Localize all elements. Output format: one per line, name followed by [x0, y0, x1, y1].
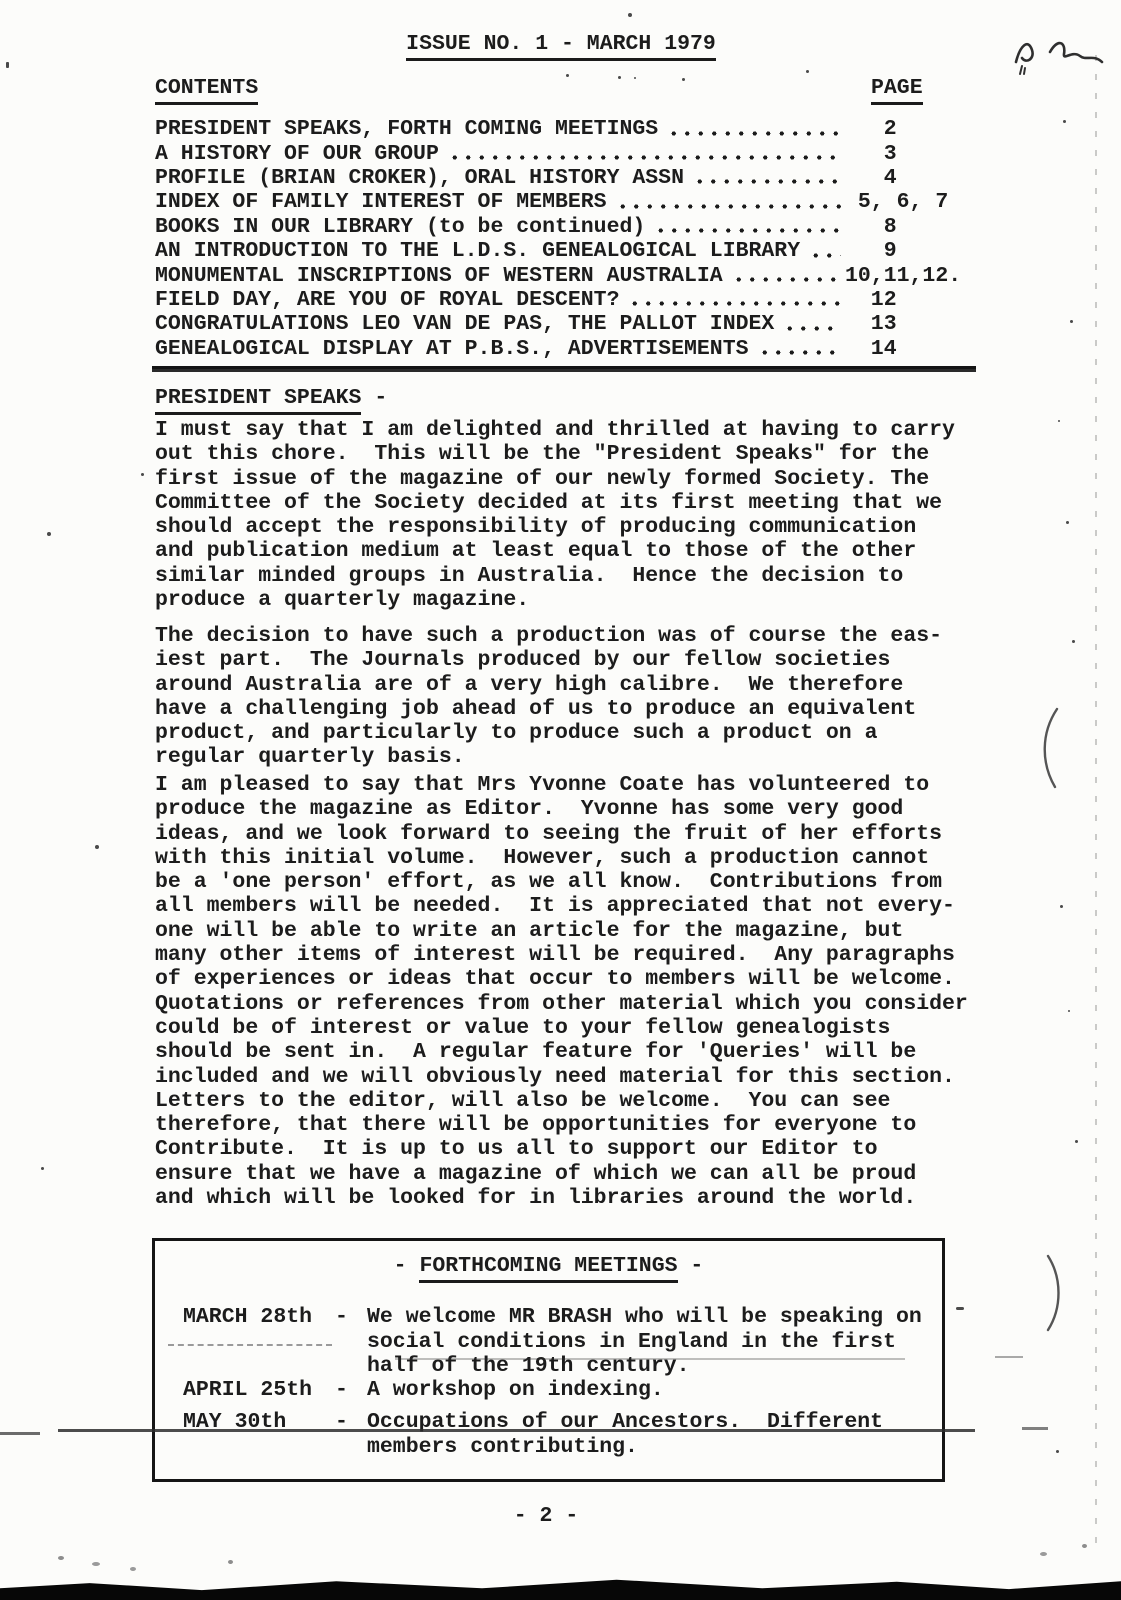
- toc-entry: GENEALOGICAL DISPLAY AT P.B.S., ADVERTIS…: [155, 337, 967, 361]
- scan-strike-dash-right: [1022, 1427, 1048, 1430]
- scan-speck: [682, 78, 685, 81]
- meeting-item: MARCH 28th - We welcome MR BRASH who wil…: [155, 1305, 942, 1378]
- meetings-heading-suffix: -: [678, 1254, 704, 1278]
- meeting-date: MARCH 28th: [183, 1305, 335, 1378]
- scan-speck: [141, 473, 144, 476]
- meeting-description: Occupations of our Ancestors. Different …: [367, 1410, 883, 1459]
- scan-speck: [1063, 120, 1066, 123]
- toc-header-row: CONTENTS PAGE: [155, 76, 967, 105]
- ink-squiggle: [1002, 20, 1117, 78]
- meeting-description: We welcome MR BRASH who will be speaking…: [367, 1305, 922, 1378]
- scan-speck: [6, 62, 9, 68]
- toc-leader-dots: [783, 325, 841, 332]
- toc-entry-title: AN INTRODUCTION TO THE L.D.S. GENEALOGIC…: [155, 239, 800, 263]
- toc-entry-pages: 3: [845, 142, 967, 166]
- scan-strike-line-left: [0, 1432, 40, 1435]
- toc-entry: AN INTRODUCTION TO THE L.D.S. GENEALOGIC…: [155, 239, 967, 263]
- toc-heading: CONTENTS: [155, 76, 258, 105]
- pen-curl-mark: [1042, 1252, 1068, 1334]
- scanned-document-page: ISSUE NO. 1 - MARCH 1979 CONTENTS PAGE P…: [0, 0, 1121, 1600]
- meeting-date: APRIL 25th: [183, 1378, 335, 1402]
- page-number: - 2 -: [514, 1504, 579, 1528]
- toc-entry-title: A HISTORY OF OUR GROUP: [155, 142, 439, 166]
- meeting-date: MAY 30th: [183, 1410, 335, 1459]
- scan-blotch: [58, 1556, 64, 1560]
- toc-entry-title: PROFILE (BRIAN CROKER), ORAL HISTORY ASS…: [155, 166, 684, 190]
- scan-speck: [566, 74, 569, 77]
- scan-speck: [1072, 640, 1075, 643]
- scan-dashed-smudge: [168, 1344, 332, 1346]
- scan-speck: [1075, 1140, 1078, 1143]
- toc-leader-dots: [758, 349, 842, 356]
- toc-entry: BOOKS IN OUR LIBRARY (to be continued) 8: [155, 215, 967, 239]
- issue-title-row: ISSUE NO. 1 - MARCH 1979: [155, 32, 967, 56]
- scan-blotch: [92, 1562, 100, 1566]
- scan-speck: [628, 13, 632, 17]
- scan-speck: [806, 70, 809, 73]
- meeting-dash: -: [335, 1305, 367, 1378]
- page-fold-line: [1095, 55, 1097, 1555]
- president-speaks-paragraph-3: I am pleased to say that Mrs Yvonne Coat…: [155, 773, 968, 1210]
- scan-speck: [1070, 320, 1073, 323]
- toc-entry: INDEX OF FAMILY INTEREST OF MEMBERS 5, 6…: [155, 190, 967, 214]
- president-speaks-paragraph-1: I must say that I am delighted and thril…: [155, 418, 955, 612]
- meeting-dash: -: [335, 1410, 367, 1459]
- toc-page-heading: PAGE: [871, 76, 923, 105]
- meeting-item: APRIL 25th - A workshop on indexing.: [155, 1378, 942, 1402]
- meeting-item: MAY 30th - Occupations of our Ancestors.…: [155, 1410, 942, 1459]
- president-speaks-heading-text: PRESIDENT SPEAKS: [155, 386, 361, 415]
- toc-entry-pages: 2: [845, 117, 967, 141]
- toc-page-column-header: PAGE: [845, 76, 967, 100]
- toc-entry-pages: 4: [845, 166, 967, 190]
- toc-entry-title: MONUMENTAL INSCRIPTIONS OF WESTERN AUSTR…: [155, 264, 723, 288]
- toc-entry-title: BOOKS IN OUR LIBRARY (to be continued): [155, 215, 645, 239]
- toc-leader-dots: [616, 203, 841, 210]
- scan-blotch: [1082, 1544, 1087, 1548]
- issue-title: ISSUE NO. 1 - MARCH 1979: [406, 32, 716, 61]
- toc-leader-dots: [654, 227, 841, 234]
- toc-leader-dots: [693, 178, 841, 185]
- scan-speck: [1060, 905, 1063, 908]
- scan-speck: [618, 76, 621, 79]
- paragraph-text: I must say that I am delighted and thril…: [155, 418, 955, 612]
- forthcoming-meetings-box: - FORTHCOMING MEETINGS - MARCH 28th - We…: [152, 1238, 945, 1482]
- scan-speck: [1068, 1010, 1070, 1012]
- scan-faint-dash: [995, 1356, 1023, 1358]
- toc-entry: CONGRATULATIONS LEO VAN DE PAS, THE PALL…: [155, 312, 967, 336]
- meetings-heading-text: FORTHCOMING MEETINGS: [419, 1254, 677, 1283]
- scan-speck: [47, 532, 51, 536]
- scan-speck: [1066, 521, 1069, 524]
- toc-entry: MONUMENTAL INSCRIPTIONS OF WESTERN AUSTR…: [155, 264, 967, 288]
- toc-entry-title: FIELD DAY, ARE YOU OF ROYAL DESCENT?: [155, 288, 619, 312]
- toc-entry: PRESIDENT SPEAKS, FORTH COMING MEETINGS …: [155, 117, 967, 141]
- toc-entry-pages: 10,11,12.: [845, 264, 967, 288]
- toc-entry-title: PRESIDENT SPEAKS, FORTH COMING MEETINGS: [155, 117, 658, 141]
- meetings-heading-prefix: -: [394, 1254, 420, 1278]
- toc-leader-dots: [809, 252, 841, 259]
- scan-speck: [41, 1167, 44, 1170]
- toc-entry-pages: 8: [845, 215, 967, 239]
- forthcoming-meetings-heading: - FORTHCOMING MEETINGS -: [155, 1254, 942, 1278]
- scan-speck: [634, 77, 636, 79]
- paragraph-text: The decision to have such a production w…: [155, 624, 942, 770]
- page-number-footer: - 2 -: [0, 1504, 1092, 1528]
- toc-leader-dots: [732, 276, 841, 283]
- president-speaks-heading: PRESIDENT SPEAKS -: [155, 386, 387, 410]
- scan-speck: [95, 845, 99, 849]
- toc-entry: A HISTORY OF OUR GROUP 3: [155, 142, 967, 166]
- toc-entry-title: INDEX OF FAMILY INTEREST OF MEMBERS: [155, 190, 607, 214]
- section-divider-double-rule: [152, 366, 976, 372]
- scan-faint-line: [395, 1358, 905, 1360]
- scan-bottom-band: [0, 1574, 1121, 1600]
- scan-speck: [1058, 420, 1060, 422]
- toc-leader-dots: [667, 130, 841, 137]
- scan-speck: [956, 1307, 964, 1310]
- scan-blotch: [228, 1560, 233, 1564]
- toc-leader-dots: [448, 154, 841, 161]
- pen-curl-mark: [1035, 705, 1065, 791]
- president-speaks-paragraph-2: The decision to have such a production w…: [155, 624, 942, 770]
- toc-entry: PROFILE (BRIAN CROKER), ORAL HISTORY ASS…: [155, 166, 967, 190]
- toc-entry: FIELD DAY, ARE YOU OF ROYAL DESCENT? 12: [155, 288, 967, 312]
- toc-entry-pages: 14: [845, 337, 967, 361]
- scan-blotch: [1040, 1552, 1047, 1556]
- toc-entry-title: GENEALOGICAL DISPLAY AT P.B.S., ADVERTIS…: [155, 337, 749, 361]
- toc-entry-pages: 12: [845, 288, 967, 312]
- scan-strike-line: [58, 1429, 975, 1432]
- scan-blotch: [130, 1567, 136, 1571]
- toc-leader-dots: [628, 300, 841, 307]
- meeting-dash: -: [335, 1378, 367, 1402]
- president-speaks-heading-dash: -: [361, 386, 387, 410]
- toc-entry-pages: 13: [845, 312, 967, 336]
- table-of-contents: CONTENTS PAGE PRESIDENT SPEAKS, FORTH CO…: [155, 76, 967, 361]
- toc-entry-pages: 9: [845, 239, 967, 263]
- meeting-description: A workshop on indexing.: [367, 1378, 664, 1402]
- scan-speck: [1056, 1450, 1059, 1453]
- toc-entry-pages: 5, 6, 7: [845, 190, 967, 214]
- paragraph-text: I am pleased to say that Mrs Yvonne Coat…: [155, 773, 968, 1210]
- toc-entry-title: CONGRATULATIONS LEO VAN DE PAS, THE PALL…: [155, 312, 774, 336]
